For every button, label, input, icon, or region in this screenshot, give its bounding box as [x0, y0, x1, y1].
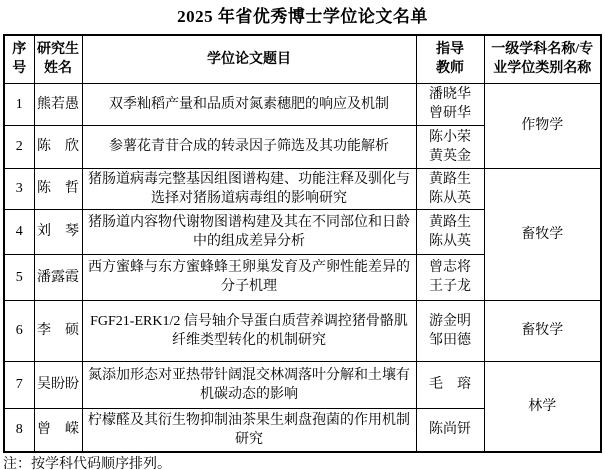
cell-advisor: 陈小荣 黄英金: [416, 125, 484, 168]
header-row: 序号 研究生 姓名 学位论文题目 指导 教师 一级学科名称/专业学位类别名称: [4, 35, 601, 83]
cell-thesis: 猪肠道病毒完整基因组图谱构建、功能注释及驯化与选择对猪肠道病毒组的影响研究: [82, 168, 416, 209]
col-header-discipline: 一级学科名称/专业学位类别名称: [484, 35, 601, 83]
cell-index: 1: [4, 83, 34, 125]
cell-index: 5: [4, 254, 34, 300]
cell-thesis: 参薯花青苷合成的转录因子筛选及其功能解析: [82, 125, 416, 168]
cell-advisor: 黄路生 陈从英: [416, 168, 484, 209]
table-row: 7 吴盼盼 氮添加形态对亚热带针阔混交林凋落叶分解和土壤有机碳动态的影响 毛 瑢…: [4, 361, 601, 408]
cell-thesis: 双季籼稻产量和品质对氮素穗肥的响应及机制: [82, 83, 416, 125]
cell-index: 2: [4, 125, 34, 168]
table-row: 6 李 硕 FGF21-ERK1/2 信号轴介导蛋白质营养调控猪骨骼肌纤维类型转…: [4, 300, 601, 361]
cell-name: 刘 琴: [34, 209, 82, 254]
cell-advisor: 潘晓华 曾研华: [416, 83, 484, 125]
cell-name: 陈 哲: [34, 168, 82, 209]
cell-name: 熊若愚: [34, 83, 82, 125]
table-row: 3 陈 哲 猪肠道病毒完整基因组图谱构建、功能注释及驯化与选择对猪肠道病毒组的影…: [4, 168, 601, 209]
thesis-table: 序号 研究生 姓名 学位论文题目 指导 教师 一级学科名称/专业学位类别名称 1…: [3, 34, 602, 453]
cell-advisor: 黄路生 陈从英: [416, 209, 484, 254]
document-page: 2025 年省优秀博士学位论文名单 序号 研究生 姓名 学位论文题目 指导 教师…: [0, 0, 605, 470]
cell-thesis: 柠檬醛及其衍生物抑制油茶果生刺盘孢菌的作用机制研究: [82, 408, 416, 452]
col-header-thesis: 学位论文题目: [82, 35, 416, 83]
col-header-name: 研究生 姓名: [34, 35, 82, 83]
cell-discipline: 作物学: [484, 83, 601, 168]
col-header-index: 序号: [4, 35, 34, 83]
cell-name: 陈 欣: [34, 125, 82, 168]
cell-index: 8: [4, 408, 34, 452]
footnote: 注：按学科代码顺序排列。: [3, 457, 605, 470]
cell-name: 吴盼盼: [34, 361, 82, 408]
cell-discipline: 林学: [484, 361, 601, 452]
cell-discipline: 畜牧学: [484, 168, 601, 300]
cell-name: 李 硕: [34, 300, 82, 361]
table-row: 1 熊若愚 双季籼稻产量和品质对氮素穗肥的响应及机制 潘晓华 曾研华 作物学: [4, 83, 601, 125]
cell-name: 曾 嵘: [34, 408, 82, 452]
cell-index: 7: [4, 361, 34, 408]
col-header-advisor: 指导 教师: [416, 35, 484, 83]
cell-thesis: 西方蜜蜂与东方蜜蜂蜂王卵巢发育及产卵性能差异的分子机理: [82, 254, 416, 300]
page-title: 2025 年省优秀博士学位论文名单: [0, 4, 605, 30]
cell-index: 4: [4, 209, 34, 254]
cell-advisor: 游金明 邹田德: [416, 300, 484, 361]
cell-name: 潘露霞: [34, 254, 82, 300]
cell-advisor: 毛 瑢: [416, 361, 484, 408]
cell-thesis: 猪肠道内容物代谢物图谱构建及其在不同部位和日龄中的组成差异分析: [82, 209, 416, 254]
cell-thesis: FGF21-ERK1/2 信号轴介导蛋白质营养调控猪骨骼肌纤维类型转化的机制研究: [82, 300, 416, 361]
cell-index: 6: [4, 300, 34, 361]
cell-advisor: 陈尚钘: [416, 408, 484, 452]
cell-thesis: 氮添加形态对亚热带针阔混交林凋落叶分解和土壤有机碳动态的影响: [82, 361, 416, 408]
cell-discipline: 畜牧学: [484, 300, 601, 361]
cell-index: 3: [4, 168, 34, 209]
cell-advisor: 曾志将 王子龙: [416, 254, 484, 300]
